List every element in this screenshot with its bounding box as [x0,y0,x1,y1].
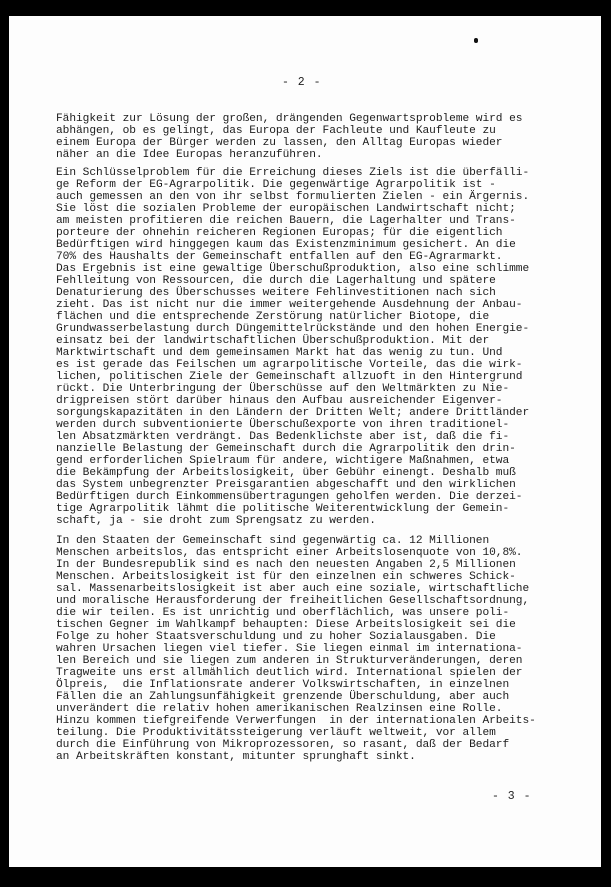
text-line: die Bekämpfung der Arbeitslosigkeit, übe… [56,467,556,479]
text-line: Ein Schlüsselproblem für die Erreichung … [56,167,556,179]
text-line: an Arbeitskräften konstant, mitunter spr… [56,751,556,763]
text-line: durch die Einführung von Mikroprozessore… [56,739,556,751]
text-line: 70% des Haushalts der Gemeinschaft entfa… [56,251,556,263]
text-line: drigpreisen stört darüber hinaus den Auf… [56,395,556,407]
text-line: zieht. Das ist nicht nur die immer weite… [56,299,556,311]
text-line: teilung. Die Produktivitätssteigerung ve… [56,727,556,739]
text-line: Denaturierung des Überschusses weitere F… [56,287,556,299]
text-line: nanzielle Belastung der Gemeinschaft dur… [56,443,556,455]
paragraph-3: In den Staaten der Gemeinschaft sind geg… [56,535,556,763]
text-line: sorgungskapazitäten in den Ländern der D… [56,407,556,419]
text-line: am meisten profitieren die reichen Bauer… [56,215,556,227]
text-line: die wir teilen. Es ist unrichtig und obe… [56,607,556,619]
text-line: porteure der ohnehin reicheren Regionen … [56,227,556,239]
text-line: einem Europa der Bürger werden zu lassen… [56,137,556,149]
text-line: ge Reform der EG-Agrarpolitik. Die gegen… [56,179,556,191]
text-line: Bedürftigen durch Einkommensübertragunge… [56,491,556,503]
text-line: Grundwasserbelastung durch Düngemittelrü… [56,323,556,335]
text-line: Marktwirtschaft und dem gemeinsamen Mark… [56,347,556,359]
text-line: In der Bundesrepublik sind es nach den n… [56,559,556,571]
text-line: das System unbegrenzter Preisgarantien a… [56,479,556,491]
text-line: Menschen arbeitslos, das entspricht eine… [56,547,556,559]
text-line: gend erforderlichen Spielraum für andere… [56,455,556,467]
text-line: Menschen. Arbeitslosigkeit ist für den e… [56,571,556,583]
document-page: - 2 - Fähigkeit zur Lösung der großen, d… [9,16,601,867]
text-line: näher an die Idee Europas heranzuführen. [56,149,556,161]
page-number-footer: - 3 - [492,790,532,803]
text-line: schaft, ja - sie droht zum Sprengsatz zu… [56,515,556,527]
text-line: Bedürftigen wird hinggegen kaum das Exis… [56,239,556,251]
text-line: Tragweite uns erst allmählich deutlich w… [56,667,556,679]
paragraph-1: Fähigkeit zur Lösung der großen, drängen… [56,113,556,161]
text-line: tischen Gegner im Wahlkampf behaupten: D… [56,619,556,631]
page-number-header: - 2 - [282,76,322,89]
text-line: abhängen, ob es gelingt, das Europa der … [56,125,556,137]
text-line: sal. Massenarbeitslosigkeit ist aber auc… [56,583,556,595]
text-line: unverändert die relativ hohen amerikanis… [56,703,556,715]
text-line: Fähigkeit zur Lösung der großen, drängen… [56,113,556,125]
paragraph-2: Ein Schlüsselproblem für die Erreichung … [56,167,556,527]
text-line: tige Agrarpolitik lähmt die politische W… [56,503,556,515]
text-line: flächen und die entsprechende Zerstörung… [56,311,556,323]
text-line: lichen, politischen Ziele der Gemeinscha… [56,371,556,383]
text-line: einsatz bei der landwirtschaftlichen Übe… [56,335,556,347]
text-line: In den Staaten der Gemeinschaft sind geg… [56,535,556,547]
text-line: wahren Ursachen liegen viel tiefer. Sie … [56,643,556,655]
scan-speck [474,38,478,43]
text-line: len Absatzmärkten verdrängt. Das Bedenkl… [56,431,556,443]
text-line: es ist gerade das Feilschen um agrarpoli… [56,359,556,371]
text-line: Das Ergebnis ist eine gewaltige Überschu… [56,263,556,275]
text-line: Fehlleitung von Ressourcen, die durch di… [56,275,556,287]
text-line: und moralische Herausforderung der freih… [56,595,556,607]
text-line: Fällen die an Zahlungsunfähigkeit grenze… [56,691,556,703]
text-line: Ölpreis, die Inflationsrate anderer Volk… [56,679,556,691]
text-line: auch gemessen an den von ihr selbst form… [56,191,556,203]
text-line: len Bereich und sie liegen zum anderen i… [56,655,556,667]
text-line: Sie löst die sozialen Probleme der europ… [56,203,556,215]
text-line: Folge zu hoher Staatsverschuldung und zu… [56,631,556,643]
text-line: rückt. Die Unterbringung der Überschüsse… [56,383,556,395]
text-line: Hinzu kommen tiefgreifende Verwerfungen … [56,715,556,727]
text-line: werden durch subventionierte Überschußex… [56,419,556,431]
